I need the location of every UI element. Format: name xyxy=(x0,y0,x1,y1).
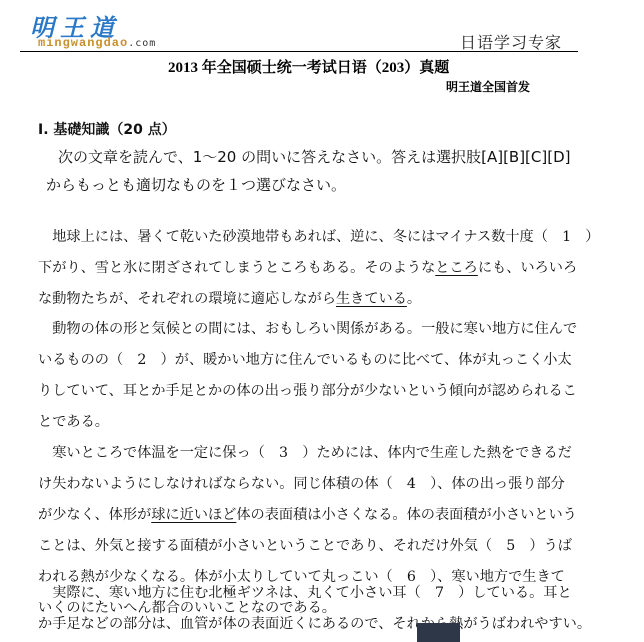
text-line: とである。 xyxy=(38,407,620,438)
section-heading: Ⅰ. 基礎知識（20 点） xyxy=(38,119,176,139)
tagline: 日语学习专家 xyxy=(460,30,562,53)
text-segment: ことは、外気と接する面積が小さいということであり、それだけ外気（ 5 ）うば xyxy=(38,538,572,554)
instructions: 次の文章を読んで、1～20 の問いに答えなさい。答えは選択肢[A][B][C][… xyxy=(58,143,628,199)
instruction-line-2: からもっとも適切なものを１つ選びなさい。 xyxy=(46,171,628,199)
text-segment: 体の表面積は小さくなる。体の表面積が小さいという xyxy=(236,507,577,523)
logo-domain: mingwangdao xyxy=(38,36,128,50)
text-segment: 地球上には、暑くて乾いた砂漠地帯もあれば、逆に、冬にはマイナス数十度（ 1 ） xyxy=(38,229,600,245)
header-divider xyxy=(20,51,578,52)
page-subtitle: 明王道全国首发 xyxy=(446,78,530,95)
text-line: け失わないようにしなければならない。同じ体積の体（ 4 ）、体の出っ張り部分 xyxy=(38,469,620,500)
page-title: 2013 年全国硕士统一考试日语（203）真题 xyxy=(168,56,449,77)
text-line: が少なく、体形が球に近いほど体の表面積は小さくなる。体の表面積が小さいという xyxy=(38,500,620,531)
text-line: 地球上には、暑くて乾いた砂漠地帯もあれば、逆に、冬にはマイナス数十度（ 1 ） xyxy=(38,222,620,253)
text-segment: りしていて、耳とか手足とかの体の出っ張り部分が少ないという傾向が認められるこ xyxy=(38,383,577,399)
text-segment: け失わないようにしなければならない。同じ体積の体（ 4 ）、体の出っ張り部分 xyxy=(38,476,565,492)
text-segment: とである。 xyxy=(38,414,109,430)
text-line: 下がり、雪と氷に閉ざされてしまうところもある。そのようなところにも、いろいろ xyxy=(38,253,620,284)
text-segment: な動物たちが、それぞれの環境に適応しながら xyxy=(38,291,336,307)
instruction-line-1: 次の文章を読んで、1～20 の問いに答えなさい。答えは選択肢[A][B][C][… xyxy=(58,143,628,171)
text-segment: が少なく、体形が xyxy=(38,507,151,523)
text-line: ことは、外気と接する面積が小さいということであり、それだけ外気（ 5 ）うば xyxy=(38,531,620,562)
text-line: か手足などの部分は、血管が体の表面近くにあるので、それから熱がうばわれやすい。 xyxy=(38,609,620,640)
text-line: 動物の体の形と気候との間には、おもしろい関係がある。一般に寒い地方に住んで xyxy=(38,314,620,345)
text-segment: か手足などの部分は、血管が体の表面近くにあるので、それから熱がうばわれやすい。 xyxy=(38,616,591,632)
text-line: 実際に、寒い地方に住む北極ギツネは、丸くて小さい耳（ 7 ）している。耳と xyxy=(38,578,620,609)
text-line: いるものの（ 2 ）が、暖かい地方に住んでいるものに比べて、体が丸っこく小太 xyxy=(38,345,620,376)
logo-tld: .com xyxy=(128,38,156,49)
underlined-phrase: 球に近いほど xyxy=(151,507,236,523)
text-segment: いるものの（ 2 ）が、暖かい地方に住んでいるものに比べて、体が丸っこく小太 xyxy=(38,352,572,368)
text-line: な動物たちが、それぞれの環境に適応しながら生きている。 xyxy=(38,284,620,315)
text-line: りしていて、耳とか手足とかの体の出っ張り部分が少ないという傾向が認められるこ xyxy=(38,376,620,407)
text-segment: 。 xyxy=(407,291,421,307)
underlined-phrase: 生きている xyxy=(336,291,407,307)
paragraph-1: 地球上には、暑くて乾いた砂漠地帯もあれば、逆に、冬にはマイナス数十度（ 1 ）下… xyxy=(38,222,620,315)
text-segment: にも、いろいろ xyxy=(478,260,577,276)
underlined-phrase: ところ xyxy=(435,260,478,276)
logo: 明王道 mingwangdao.com xyxy=(28,8,178,48)
paragraph-2: 動物の体の形と気候との間には、おもしろい関係がある。一般に寒い地方に住んでいるも… xyxy=(38,314,620,438)
paragraph-4: 実際に、寒い地方に住む北極ギツネは、丸くて小さい耳（ 7 ）している。耳とか手足… xyxy=(38,578,620,640)
text-line: 寒いところで体温を一定に保っ（ 3 ）ためには、体内で生産した熱をできるだ xyxy=(38,438,620,469)
text-segment: 実際に、寒い地方に住む北極ギツネは、丸くて小さい耳（ 7 ）している。耳と xyxy=(38,585,572,601)
logo-english: mingwangdao.com xyxy=(38,36,156,50)
redaction-overlay xyxy=(417,623,460,642)
text-segment: 寒いところで体温を一定に保っ（ 3 ）ためには、体内で生産した熱をできるだ xyxy=(38,445,572,461)
text-segment: 下がり、雪と氷に閉ざされてしまうところもある。そのような xyxy=(38,260,435,276)
text-segment: 動物の体の形と気候との間には、おもしろい関係がある。一般に寒い地方に住んで xyxy=(38,321,577,337)
